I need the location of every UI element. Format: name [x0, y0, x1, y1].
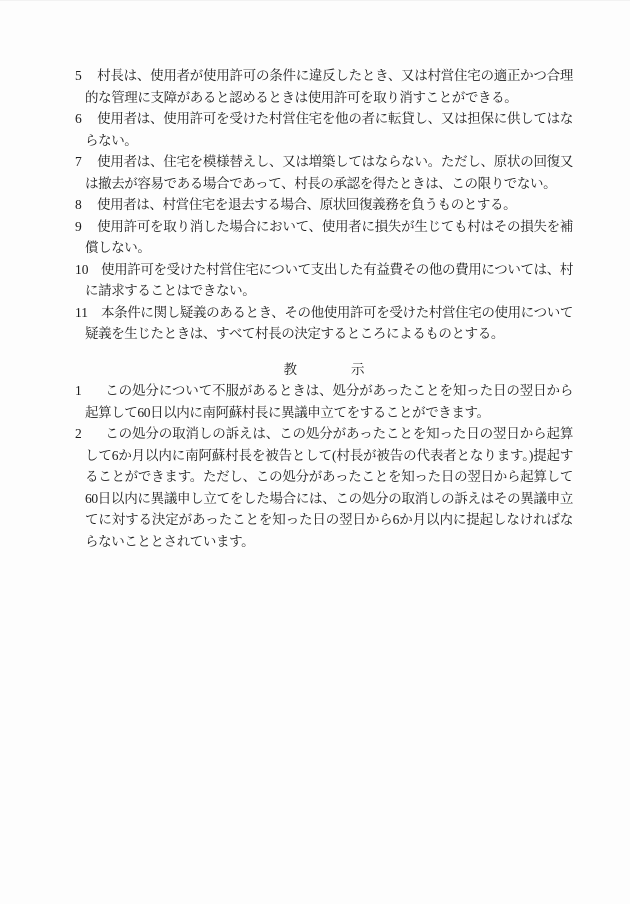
- clause-item-11: 11本条件に関し疑義のあるとき、その他使用許可を受けた村営住宅の使用について疑義…: [75, 302, 573, 345]
- clause-item-9: 9使用許可を取り消した場合において、使用者に損失が生じても村はその損失を補償しな…: [75, 216, 573, 259]
- notice-number: 2: [75, 423, 105, 445]
- clause-number: 7: [75, 151, 97, 173]
- clause-number: 6: [75, 108, 97, 130]
- clause-number: 8: [75, 194, 97, 216]
- clause-text: 使用許可を取り消した場合において、使用者に損失が生じても村はその損失を補償しない…: [85, 219, 573, 256]
- clause-text: 使用者は、使用許可を受けた村営住宅を他の者に転貸し、又は担保に供してはならない。: [85, 111, 573, 148]
- notice-item-2: 2この処分の取消しの訴えは、この処分があったことを知った日の翌日から起算して6か…: [75, 423, 573, 552]
- clause-text: 本条件に関し疑義のあるとき、その他使用許可を受けた村営住宅の使用について疑義を生…: [85, 305, 573, 342]
- clause-text: 村長は、使用者が使用許可の条件に違反したとき、又は村営住宅の適正かつ合理的な管理…: [85, 68, 573, 105]
- clause-number: 10: [75, 259, 101, 281]
- clause-text: 使用許可を受けた村営住宅について支出した有益費その他の費用については、村に請求す…: [85, 262, 573, 299]
- clause-item-5: 5村長は、使用者が使用許可の条件に違反したとき、又は村営住宅の適正かつ合理的な管…: [75, 65, 573, 108]
- clause-number: 9: [75, 216, 97, 238]
- clause-item-10: 10使用許可を受けた村営住宅について支出した有益費その他の費用については、村に請…: [75, 259, 573, 302]
- notice-heading: 教 示: [75, 359, 573, 381]
- notice-text: この処分について不服があるときは、処分があったことを知った日の翌日から起算して6…: [85, 383, 573, 420]
- document-page: 5村長は、使用者が使用許可の条件に違反したとき、又は村営住宅の適正かつ合理的な管…: [0, 0, 630, 904]
- clause-item-7: 7使用者は、住宅を模様替えし、又は増築してはならない。ただし、原状の回復又は撤去…: [75, 151, 573, 194]
- notice-number: 1: [75, 380, 105, 402]
- notice-item-1: 1この処分について不服があるときは、処分があったことを知った日の翌日から起算して…: [75, 380, 573, 423]
- clause-item-6: 6使用者は、使用許可を受けた村営住宅を他の者に転貸し、又は担保に供してはならない…: [75, 108, 573, 151]
- clause-text: 使用者は、住宅を模様替えし、又は増築してはならない。ただし、原状の回復又は撤去が…: [85, 154, 573, 191]
- text-block: 5村長は、使用者が使用許可の条件に違反したとき、又は村営住宅の適正かつ合理的な管…: [75, 65, 573, 552]
- clause-number: 11: [75, 302, 101, 324]
- clause-item-8: 8使用者は、村営住宅を退去する場合、原状回復義務を負うものとする。: [75, 194, 573, 216]
- clause-text: 使用者は、村営住宅を退去する場合、原状回復義務を負うものとする。: [97, 197, 516, 212]
- notice-text: この処分の取消しの訴えは、この処分があったことを知った日の翌日から起算して6か月…: [85, 426, 573, 549]
- clause-number: 5: [75, 65, 97, 87]
